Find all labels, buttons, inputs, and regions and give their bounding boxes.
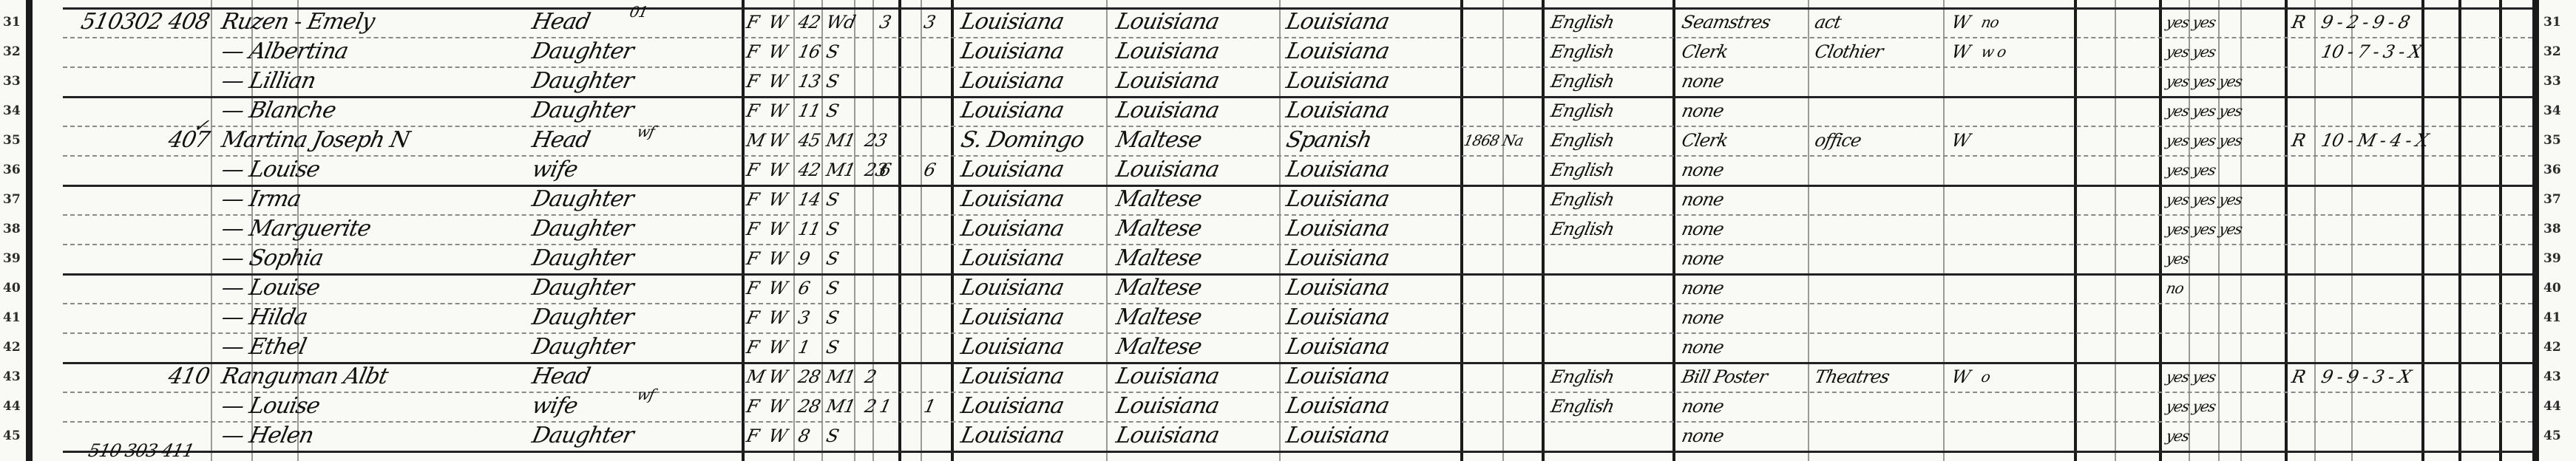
cell-mother-birthplace: Louisiana: [1284, 393, 1392, 420]
cell-race: W: [766, 9, 789, 35]
cell-mother-birthplace: Spanish: [1284, 127, 1374, 154]
cell-name: Ranguman Albt: [219, 363, 390, 390]
cell-children-born: 3: [877, 9, 893, 35]
row-number: 42: [2543, 340, 2561, 355]
row-number: 32: [3, 44, 21, 59]
partial-row-46: 510 303 411: [86, 437, 196, 461]
cell-birthplace: Louisiana: [958, 9, 1066, 35]
cell-marital: S: [824, 423, 841, 449]
cell-marital: M1: [824, 363, 857, 390]
cell-yrs-married: 23: [862, 127, 889, 154]
cell-birthplace: Louisiana: [958, 363, 1066, 390]
cell-father-birthplace: Louisiana: [1114, 9, 1221, 35]
cell-occupation: Clerk: [1679, 127, 1730, 154]
cell-house: 410: [166, 363, 211, 390]
cell-name: — Sophia: [219, 245, 325, 272]
row-number: 44: [3, 399, 21, 414]
cell-mother-birthplace: Louisiana: [1284, 38, 1392, 65]
cell-birthplace: Louisiana: [958, 334, 1066, 361]
cell-sex: M: [744, 363, 767, 390]
row-number: 43: [2543, 369, 2561, 384]
cell-name: — Hilda: [219, 304, 310, 331]
row-number: 35: [2543, 133, 2561, 148]
row-number: 37: [3, 192, 21, 207]
cell-school: yes yes: [2163, 9, 2218, 35]
cell-mother-birthplace: Louisiana: [1284, 186, 1392, 213]
cell-school: yes yes yes: [2163, 127, 2245, 154]
row-number: 41: [2543, 310, 2561, 325]
cell-tenure: R: [2289, 9, 2308, 35]
row-number: 36: [2543, 163, 2561, 177]
cell-school: no: [2163, 275, 2186, 301]
cell-children-living: 3: [921, 9, 938, 35]
cell-race: W: [766, 393, 789, 420]
cell-race: W: [766, 127, 789, 154]
cell-class: W: [1949, 38, 1972, 65]
cell-extra: 9 - 2 - 9 - 8: [2319, 9, 2412, 35]
cell-mother-birthplace: Louisiana: [1284, 68, 1392, 95]
cell-relation: wife: [529, 157, 580, 183]
cell-name: — Irma: [219, 186, 303, 213]
cell-name: — Marguerite: [219, 216, 373, 242]
cell-children-living: 6: [921, 157, 938, 183]
cell-extra: 9 - 9 - 3 - X: [2319, 363, 2413, 390]
cell-mother-birthplace: Louisiana: [1284, 334, 1392, 361]
cell-yrs-married: 2: [862, 393, 878, 420]
cell-name: — Blanche: [219, 98, 338, 124]
cell-occupation: none: [1679, 334, 1726, 361]
row-number: 45: [2543, 428, 2561, 443]
cell-mother-birthplace: Louisiana: [1284, 304, 1392, 331]
cell-relation: Daughter: [529, 216, 636, 242]
cell-school: yes yes yes: [2163, 186, 2245, 213]
cell-children-living: 1: [921, 393, 938, 420]
cell-marital: M1: [824, 127, 857, 154]
cell-sex: F: [744, 98, 761, 124]
cell-school: yes yes yes: [2163, 68, 2245, 95]
cell-birthplace: Louisiana: [958, 393, 1066, 420]
cell-father-birthplace: Louisiana: [1114, 68, 1221, 95]
row-number: 44: [2543, 399, 2561, 414]
cell-race: W: [766, 157, 789, 183]
cell-age: 45: [796, 127, 822, 154]
cell-sex: F: [744, 334, 761, 361]
cell-race: W: [766, 275, 789, 301]
cell-industry: Theatres: [1812, 363, 1891, 390]
cell-relation: Daughter: [529, 68, 636, 95]
cell-employ: o: [1979, 363, 1993, 390]
cell-race: W: [766, 245, 789, 272]
cell-school: yes yes: [2163, 393, 2218, 420]
cell-relation: Daughter: [529, 98, 636, 124]
cell-father-birthplace: Louisiana: [1114, 393, 1221, 420]
cell-father-birthplace: Maltese: [1114, 245, 1204, 272]
cell-name: — Ethel: [219, 334, 308, 361]
cell-birthplace: Louisiana: [958, 275, 1066, 301]
cell-name: — Louise: [219, 157, 322, 183]
cell-birthplace: Louisiana: [958, 216, 1066, 242]
cell-race: W: [766, 363, 789, 390]
cell-employ: w o: [1979, 38, 2008, 65]
cell-tenure: R: [2289, 127, 2308, 154]
cell-sex: F: [744, 68, 761, 95]
cell-name: — Louise: [219, 275, 322, 301]
cell-language: English: [1548, 38, 1616, 65]
cell-age: 42: [796, 9, 822, 35]
cell-relation: wife: [529, 393, 580, 420]
cell-race: W: [766, 38, 789, 65]
cell-birthplace: Louisiana: [958, 423, 1066, 449]
cell-mother-birthplace: Louisiana: [1284, 423, 1392, 449]
cell-father-birthplace: Maltese: [1114, 186, 1204, 213]
cell-school: yes yes yes: [2163, 216, 2245, 242]
cell-birthplace: Louisiana: [958, 245, 1066, 272]
cell-class: W: [1949, 9, 1972, 35]
census-sheet: 313233343536373839404142434445 313233343…: [0, 0, 2576, 461]
cell-industry: office: [1812, 127, 1863, 154]
cell-age: 28: [796, 393, 822, 420]
cell-occupation: none: [1679, 304, 1726, 331]
cell-age: 1: [796, 334, 812, 361]
cell-occupation: Bill Poster: [1679, 363, 1769, 390]
cell-relation: Daughter: [529, 275, 636, 301]
cell-marital: S: [824, 334, 841, 361]
cell-relation: Head: [529, 127, 592, 154]
cell-sex: F: [744, 245, 761, 272]
row-number: 31: [3, 15, 21, 30]
cell-age: 28: [796, 363, 822, 390]
cell-sex: F: [744, 186, 761, 213]
cell-yrs-married: 2: [862, 363, 878, 390]
cell-mother-birthplace: Louisiana: [1284, 216, 1392, 242]
cell-race: W: [766, 98, 789, 124]
cell-name: — Louise: [219, 393, 322, 420]
cell-occupation: none: [1679, 157, 1726, 183]
cell-sex: F: [744, 275, 761, 301]
cell-house: 408: [166, 9, 211, 35]
cell-relation: Daughter: [529, 186, 636, 213]
cell-occupation: none: [1679, 423, 1726, 449]
cell-industry: Clothier: [1812, 38, 1885, 65]
margin-note: 01: [627, 0, 650, 25]
margin-note: wf: [634, 118, 657, 145]
cell-school: yes yes yes: [2163, 98, 2245, 124]
row-divider: [63, 451, 2532, 453]
cell-occupation: none: [1679, 275, 1726, 301]
row-number: 33: [3, 74, 21, 89]
cell-occupation: none: [1679, 216, 1726, 242]
cell-sex: F: [744, 304, 761, 331]
row-number: 42: [3, 340, 21, 355]
cell-extra: 10 - 7 - 3 - X: [2319, 38, 2424, 65]
cell-marital: S: [824, 98, 841, 124]
cell-father-birthplace: Louisiana: [1114, 38, 1221, 65]
cell-school: yes yes: [2163, 157, 2218, 183]
cell-mother-birthplace: Louisiana: [1284, 98, 1392, 124]
cell-marital: Wd: [824, 9, 858, 35]
cell-language: English: [1548, 98, 1616, 124]
row-number: 40: [3, 281, 21, 296]
row-number: 38: [3, 222, 21, 236]
cell-language: English: [1548, 186, 1616, 213]
cell-sex: F: [744, 9, 761, 35]
cell-father-birthplace: Maltese: [1114, 127, 1204, 154]
cell-birthplace: Louisiana: [958, 304, 1066, 331]
cell-marital: S: [824, 68, 841, 95]
row-number: 38: [2543, 222, 2561, 236]
cell-race: W: [766, 423, 789, 449]
row-number: 39: [3, 251, 21, 266]
cell-occupation: Seamstres: [1679, 9, 1772, 35]
row-number: 35: [3, 133, 21, 148]
cell-relation: Daughter: [529, 304, 636, 331]
cell-relation: Daughter: [529, 245, 636, 272]
cell-school: yes yes: [2163, 38, 2218, 65]
cell-relation: Daughter: [529, 334, 636, 361]
cell-age: 3: [796, 304, 812, 331]
cell-birthplace: S. Domingo: [958, 127, 1086, 154]
cell-children-born: 1: [877, 393, 893, 420]
cell-language: English: [1548, 393, 1616, 420]
row-number: 34: [3, 103, 21, 118]
cell-birthplace: Louisiana: [958, 157, 1066, 183]
cell-name: — Helen: [219, 423, 316, 449]
cell-father-birthplace: Louisiana: [1114, 98, 1221, 124]
cell-occupation: none: [1679, 245, 1726, 272]
cell-mother-birthplace: Louisiana: [1284, 245, 1392, 272]
cell-occupation: none: [1679, 186, 1726, 213]
cell-relation: Head: [529, 363, 592, 390]
cell-marital: S: [824, 186, 841, 213]
cell-school: yes yes: [2163, 363, 2218, 390]
cell-marital: S: [824, 275, 841, 301]
cell-age: 9: [796, 245, 812, 272]
cell-sex: M: [744, 127, 767, 154]
cell-father-birthplace: Maltese: [1114, 304, 1204, 331]
cell-father-birthplace: Louisiana: [1114, 363, 1221, 390]
row-number: 36: [3, 163, 21, 177]
cell-name: — Lillian: [219, 68, 318, 95]
cell-marital: S: [824, 304, 841, 331]
cell-father-birthplace: Louisiana: [1114, 423, 1221, 449]
margin-note: wf: [634, 381, 657, 408]
cell-tenure: R: [2289, 363, 2308, 390]
cell-birthplace: Louisiana: [958, 68, 1066, 95]
column-divider: [2532, 0, 2539, 461]
row-number: 45: [3, 428, 21, 443]
cell-class: W: [1949, 127, 1972, 154]
cell-race: W: [766, 68, 789, 95]
cell-name: — Albertina: [219, 38, 350, 65]
cell-father-birthplace: Louisiana: [1114, 157, 1221, 183]
cell-language: English: [1548, 216, 1616, 242]
cell-relation: Daughter: [529, 38, 636, 65]
cell-language: English: [1548, 363, 1616, 390]
cell-sex: F: [744, 157, 761, 183]
cell-occupation: Clerk: [1679, 38, 1730, 65]
cell-mother-birthplace: Louisiana: [1284, 157, 1392, 183]
row-number: 39: [2543, 251, 2561, 266]
row-number: 32: [2543, 44, 2561, 59]
cell-employ: no: [1979, 9, 2002, 35]
cell-age: 13: [796, 68, 822, 95]
cell-age: 11: [796, 216, 822, 242]
cell-school: yes: [2163, 245, 2192, 272]
cell-marital: S: [824, 38, 841, 65]
cell-sex: F: [744, 216, 761, 242]
cell-language: English: [1548, 68, 1616, 95]
row-number: 40: [2543, 281, 2561, 296]
cell-marital: M1: [824, 157, 857, 183]
cell-language: English: [1548, 9, 1616, 35]
cell-industry: act: [1812, 9, 1843, 35]
cell-age: 16: [796, 38, 822, 65]
cell-sex: F: [744, 423, 761, 449]
cell-occupation: none: [1679, 68, 1726, 95]
cell-extra: 10 - M - 4 - X: [2319, 127, 2430, 154]
cell-year-immig: 1868 Na: [1461, 127, 1525, 154]
row-number: 31: [2543, 15, 2561, 30]
row-number: 41: [3, 310, 21, 325]
row-number: 37: [2543, 192, 2561, 207]
cell-language: English: [1548, 157, 1616, 183]
cell-occupation: none: [1679, 98, 1726, 124]
cell-age: 14: [796, 186, 822, 213]
cell-language: English: [1548, 127, 1616, 154]
cell-race: W: [766, 216, 789, 242]
cell-mother-birthplace: Louisiana: [1284, 9, 1392, 35]
cell-birthplace: Louisiana: [958, 38, 1066, 65]
cell-relation: Head: [529, 9, 592, 35]
cell-name: Ruzen - Emely: [219, 9, 376, 35]
cell-father-birthplace: Maltese: [1114, 216, 1204, 242]
cell-race: W: [766, 186, 789, 213]
cell-mother-birthplace: Louisiana: [1284, 275, 1392, 301]
cell-mother-birthplace: Louisiana: [1284, 363, 1392, 390]
cell-class: W: [1949, 363, 1972, 390]
column-divider: [26, 0, 33, 461]
cell-dwelling: 510302: [78, 9, 164, 35]
row-number: 34: [2543, 103, 2561, 118]
cell-marital: S: [824, 216, 841, 242]
cell-occupation: none: [1679, 393, 1726, 420]
cell-race: W: [766, 334, 789, 361]
cell-sex: F: [744, 393, 761, 420]
cell-sex: F: [744, 38, 761, 65]
cell-relation: Daughter: [529, 423, 636, 449]
cell-birthplace: Louisiana: [958, 186, 1066, 213]
cell-age: 6: [796, 275, 812, 301]
cell-father-birthplace: Maltese: [1114, 275, 1204, 301]
cell-father-birthplace: Maltese: [1114, 334, 1204, 361]
cell-marital: S: [824, 245, 841, 272]
cell-marital: M1: [824, 393, 857, 420]
cell-age: 8: [796, 423, 812, 449]
cell-school: yes: [2163, 423, 2192, 449]
cell-birthplace: Louisiana: [958, 98, 1066, 124]
cell-age: 42: [796, 157, 822, 183]
cell-race: W: [766, 304, 789, 331]
cell-age: 11: [796, 98, 822, 124]
row-number: 43: [3, 369, 21, 384]
row-number: 33: [2543, 74, 2561, 89]
cell-name: Martina Joseph N: [219, 127, 412, 154]
